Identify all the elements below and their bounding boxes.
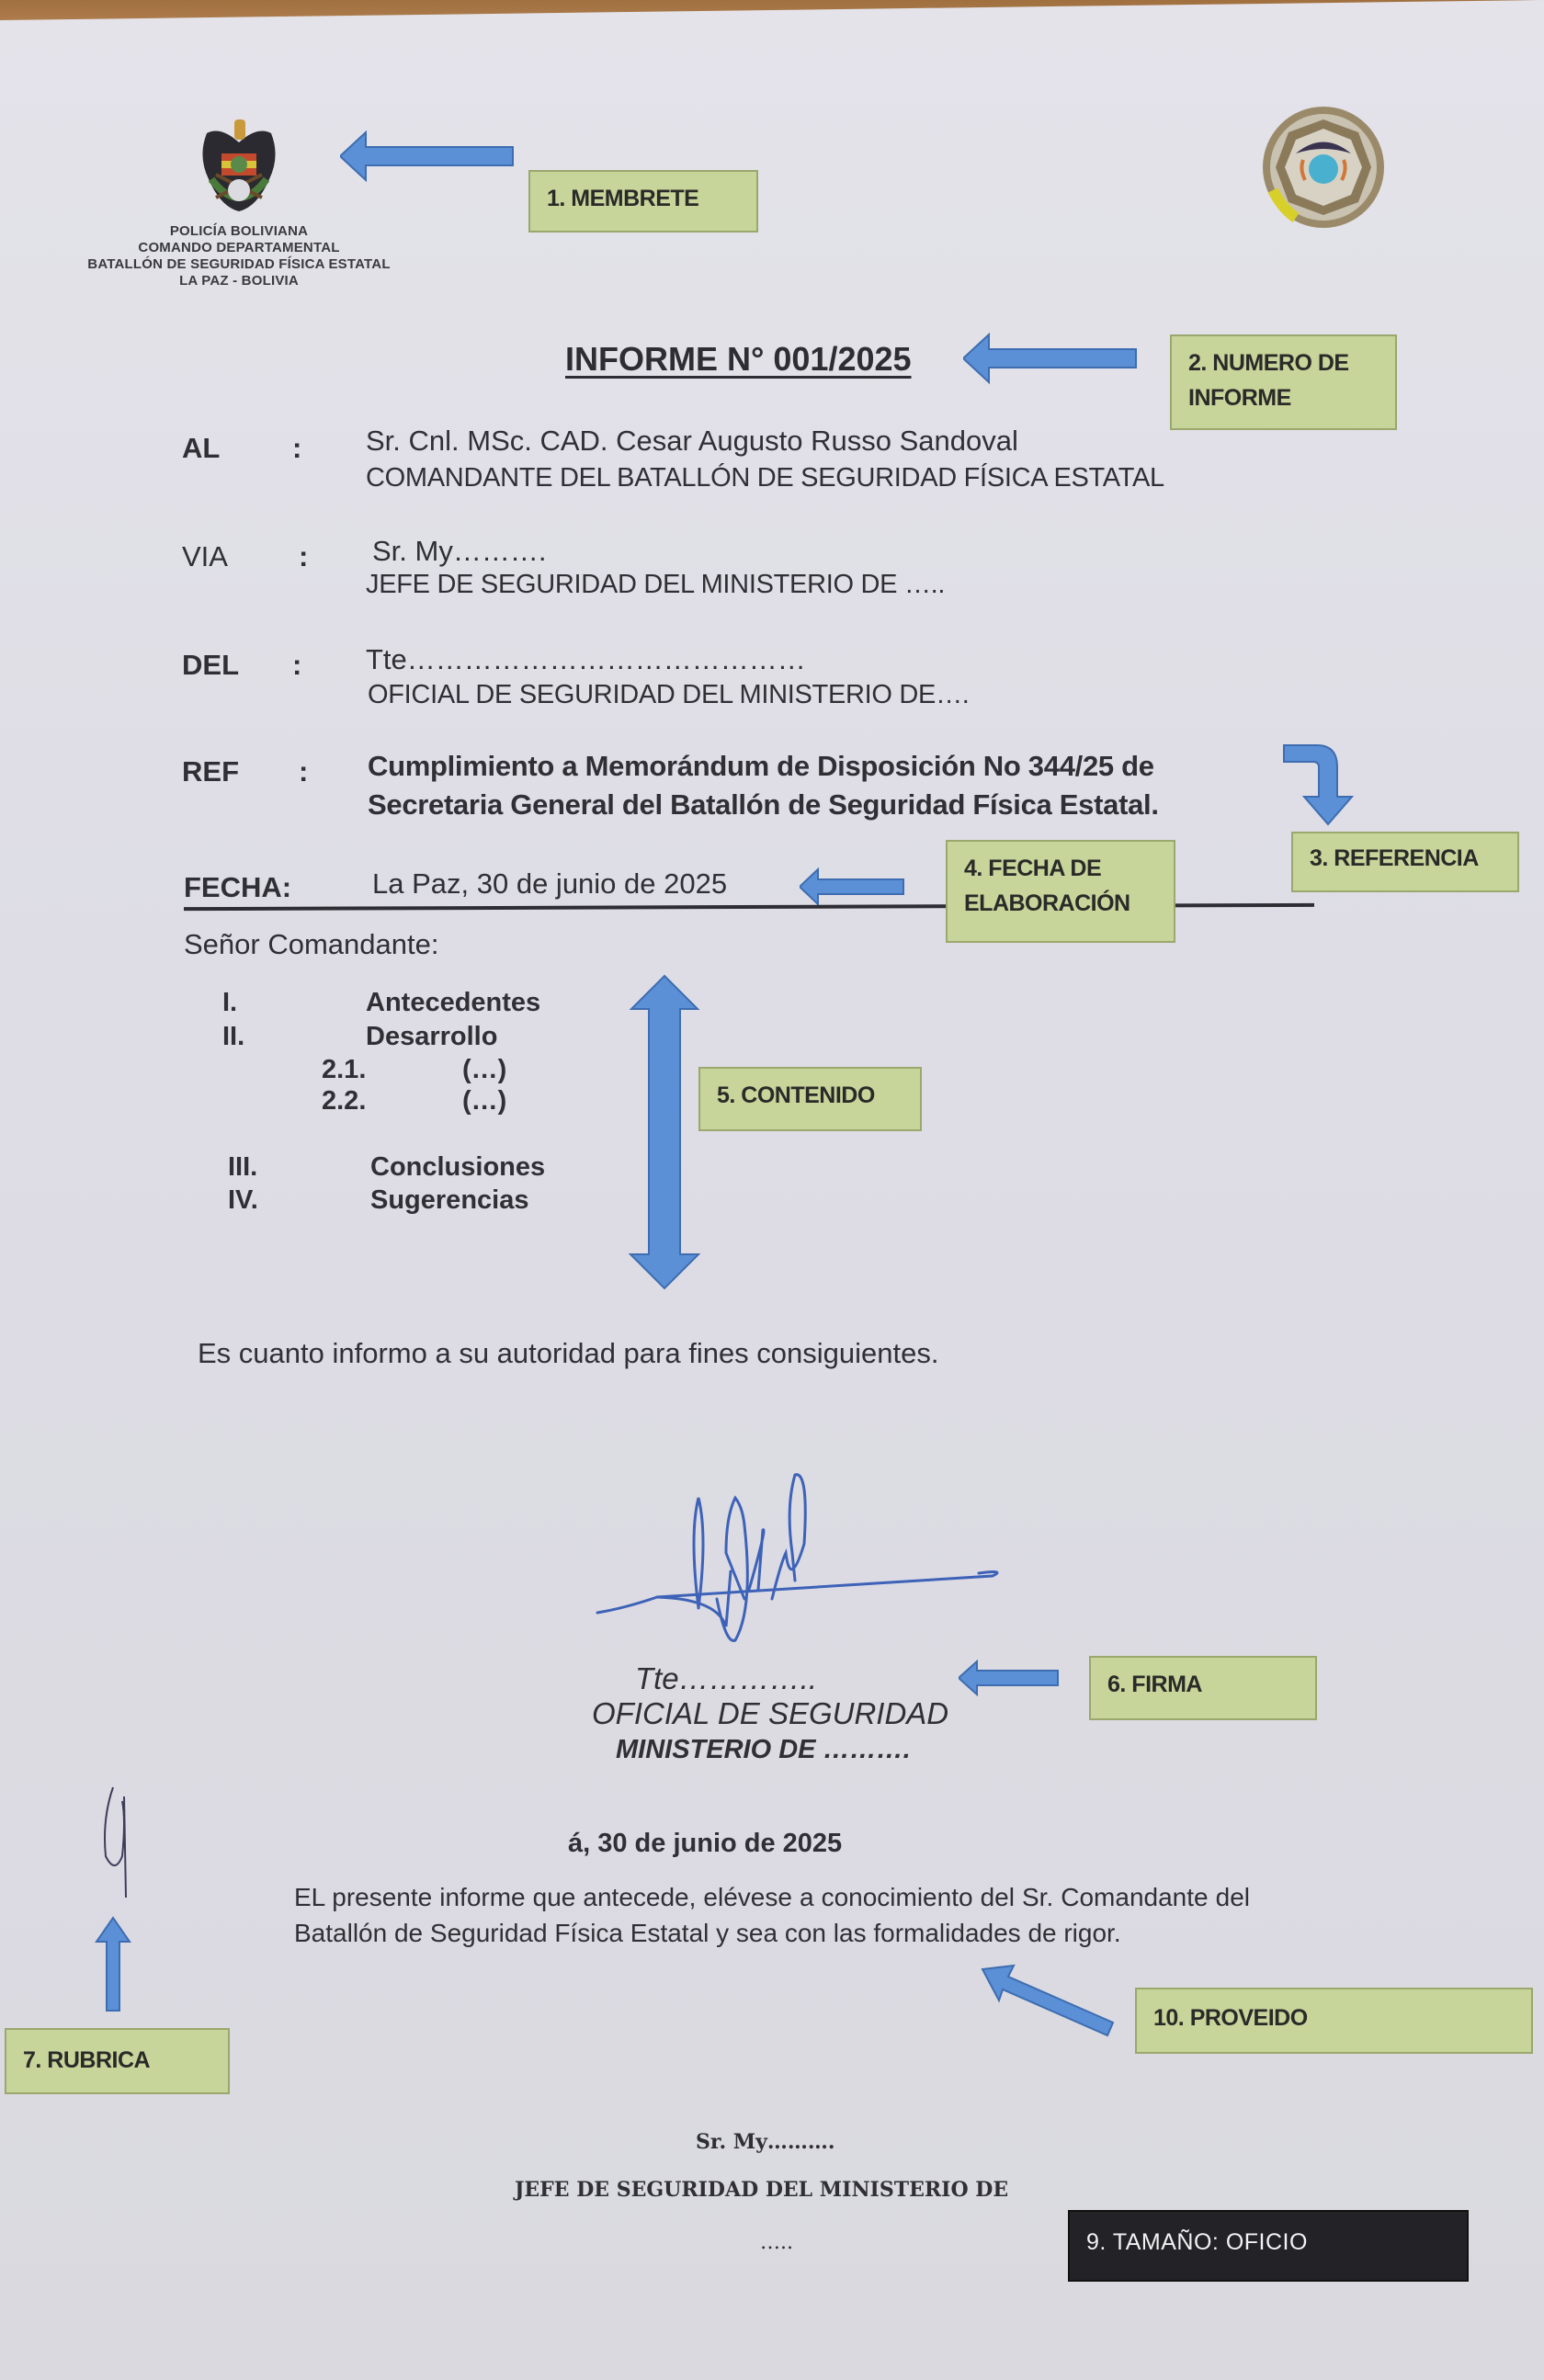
callout-proveido: 10. PROVEIDO <box>1135 1988 1533 2054</box>
arrow-left-icon <box>340 129 515 184</box>
toc-item: Antecedentes <box>366 988 540 1018</box>
callout-line: INFORME <box>1188 380 1379 415</box>
arrow-left-icon <box>800 867 905 906</box>
callout-firma: 6. FIRMA <box>1089 1656 1317 1720</box>
toc-num: I. <box>222 988 237 1018</box>
field-colon: : <box>299 540 308 573</box>
al-name: Sr. Cnl. MSc. CAD. Cesar Augusto Russo S… <box>366 425 1018 458</box>
fecha-value: La Paz, 30 de junio de 2025 <box>372 867 727 901</box>
proveido-signer-dots: ….. <box>760 2231 793 2254</box>
rubric-icon <box>96 1783 138 1902</box>
arrow-bend-down-icon <box>1282 740 1356 827</box>
letterhead-line: LA PAZ - BOLIVIA <box>55 273 423 289</box>
toc-item: (…) <box>462 1086 506 1116</box>
proveido-date: á, 30 de junio de 2025 <box>568 1829 842 1859</box>
arrow-left-icon <box>963 331 1138 386</box>
salutation: Señor Comandante: <box>184 928 438 961</box>
del-name: Tte…………………………………… <box>366 643 806 676</box>
toc-item: (…) <box>462 1055 506 1085</box>
toc-num: 2.1. <box>322 1055 366 1085</box>
letterhead-line: POLICÍA BOLIVIANA <box>55 223 423 240</box>
proveido-text: EL presente informe que antecede, eléves… <box>294 1879 1250 1951</box>
del-role: OFICIAL DE SEGURIDAD DEL MINISTERIO DE…. <box>368 680 970 710</box>
field-colon: : <box>299 755 308 788</box>
callout-fecha-elaboracion: 4. FECHA DE ELABORACIÓN <box>946 840 1175 943</box>
toc-num: II. <box>222 1022 244 1052</box>
field-label-fecha: FECHA: <box>184 871 291 904</box>
signer-role: OFICIAL DE SEGURIDAD <box>551 1696 1015 1731</box>
toc-item: Conclusiones <box>370 1152 545 1183</box>
field-label-al: AL <box>182 432 220 465</box>
signer-rank: Tte………….. <box>551 1661 901 1696</box>
letterhead-line: COMANDO DEPARTAMENTAL <box>55 240 423 256</box>
callout-contenido: 5. CONTENIDO <box>698 1067 922 1131</box>
letterhead-line: BATALLÓN DE SEGURIDAD FÍSICA ESTATAL <box>55 256 423 273</box>
al-role: COMANDANTE DEL BATALLÓN DE SEGURIDAD FÍS… <box>366 463 1164 493</box>
toc-item: Sugerencias <box>370 1185 528 1216</box>
callout-referencia: 3. REFERENCIA <box>1291 832 1519 892</box>
callout-membrete: 1. MEMBRETE <box>528 170 758 232</box>
callout-tamano: 9. TAMAÑO: OFICIO <box>1068 2210 1469 2282</box>
field-label-del: DEL <box>182 649 239 682</box>
signature-icon <box>588 1461 1002 1645</box>
field-label-ref: REF <box>182 755 239 788</box>
police-crest-icon <box>188 115 289 216</box>
page-title: INFORME N° 001/2025 <box>565 340 912 379</box>
via-name: Sr. My………. <box>372 535 546 568</box>
callout-line: 4. FECHA DE <box>964 851 1157 886</box>
callout-line: ELABORACIÓN <box>964 886 1157 921</box>
toc-num: 2.2. <box>322 1086 366 1116</box>
closing-text: Es cuanto informo a su autoridad para fi… <box>198 1337 938 1370</box>
letterhead: POLICÍA BOLIVIANA COMANDO DEPARTAMENTAL … <box>55 223 423 289</box>
toc-num: IV. <box>228 1185 258 1216</box>
toc-item: Desarrollo <box>366 1022 497 1052</box>
toc-num: III. <box>228 1152 257 1183</box>
battalion-seal-icon <box>1259 103 1388 232</box>
signer-ministry: MINISTERIO DE ………. <box>616 1735 911 1765</box>
via-role: JEFE DE SEGURIDAD DEL MINISTERIO DE ….. <box>366 570 945 600</box>
field-colon: : <box>292 432 301 465</box>
field-colon: : <box>292 649 301 682</box>
proveido-signer: Sr. My………. <box>696 2130 835 2154</box>
callout-numero-informe: 2. NUMERO DE INFORME <box>1170 334 1397 430</box>
arrow-up-icon <box>95 1916 131 2012</box>
arrow-up-left-icon <box>979 1962 1117 2040</box>
ref-line-1: Cumplimiento a Memorándum de Disposición… <box>368 750 1154 783</box>
callout-rubrica: 7. RUBRICA <box>5 2028 230 2094</box>
callout-line: 2. NUMERO DE <box>1188 346 1379 380</box>
ref-line-2: Secretaria General del Batallón de Segur… <box>368 788 1159 822</box>
arrow-left-icon <box>959 1660 1060 1696</box>
proveido-signer-role: JEFE DE SEGURIDAD DEL MINISTERIO DE <box>515 2178 1008 2202</box>
arrow-up-down-icon <box>628 974 701 1291</box>
field-label-via: VIA <box>182 540 228 573</box>
